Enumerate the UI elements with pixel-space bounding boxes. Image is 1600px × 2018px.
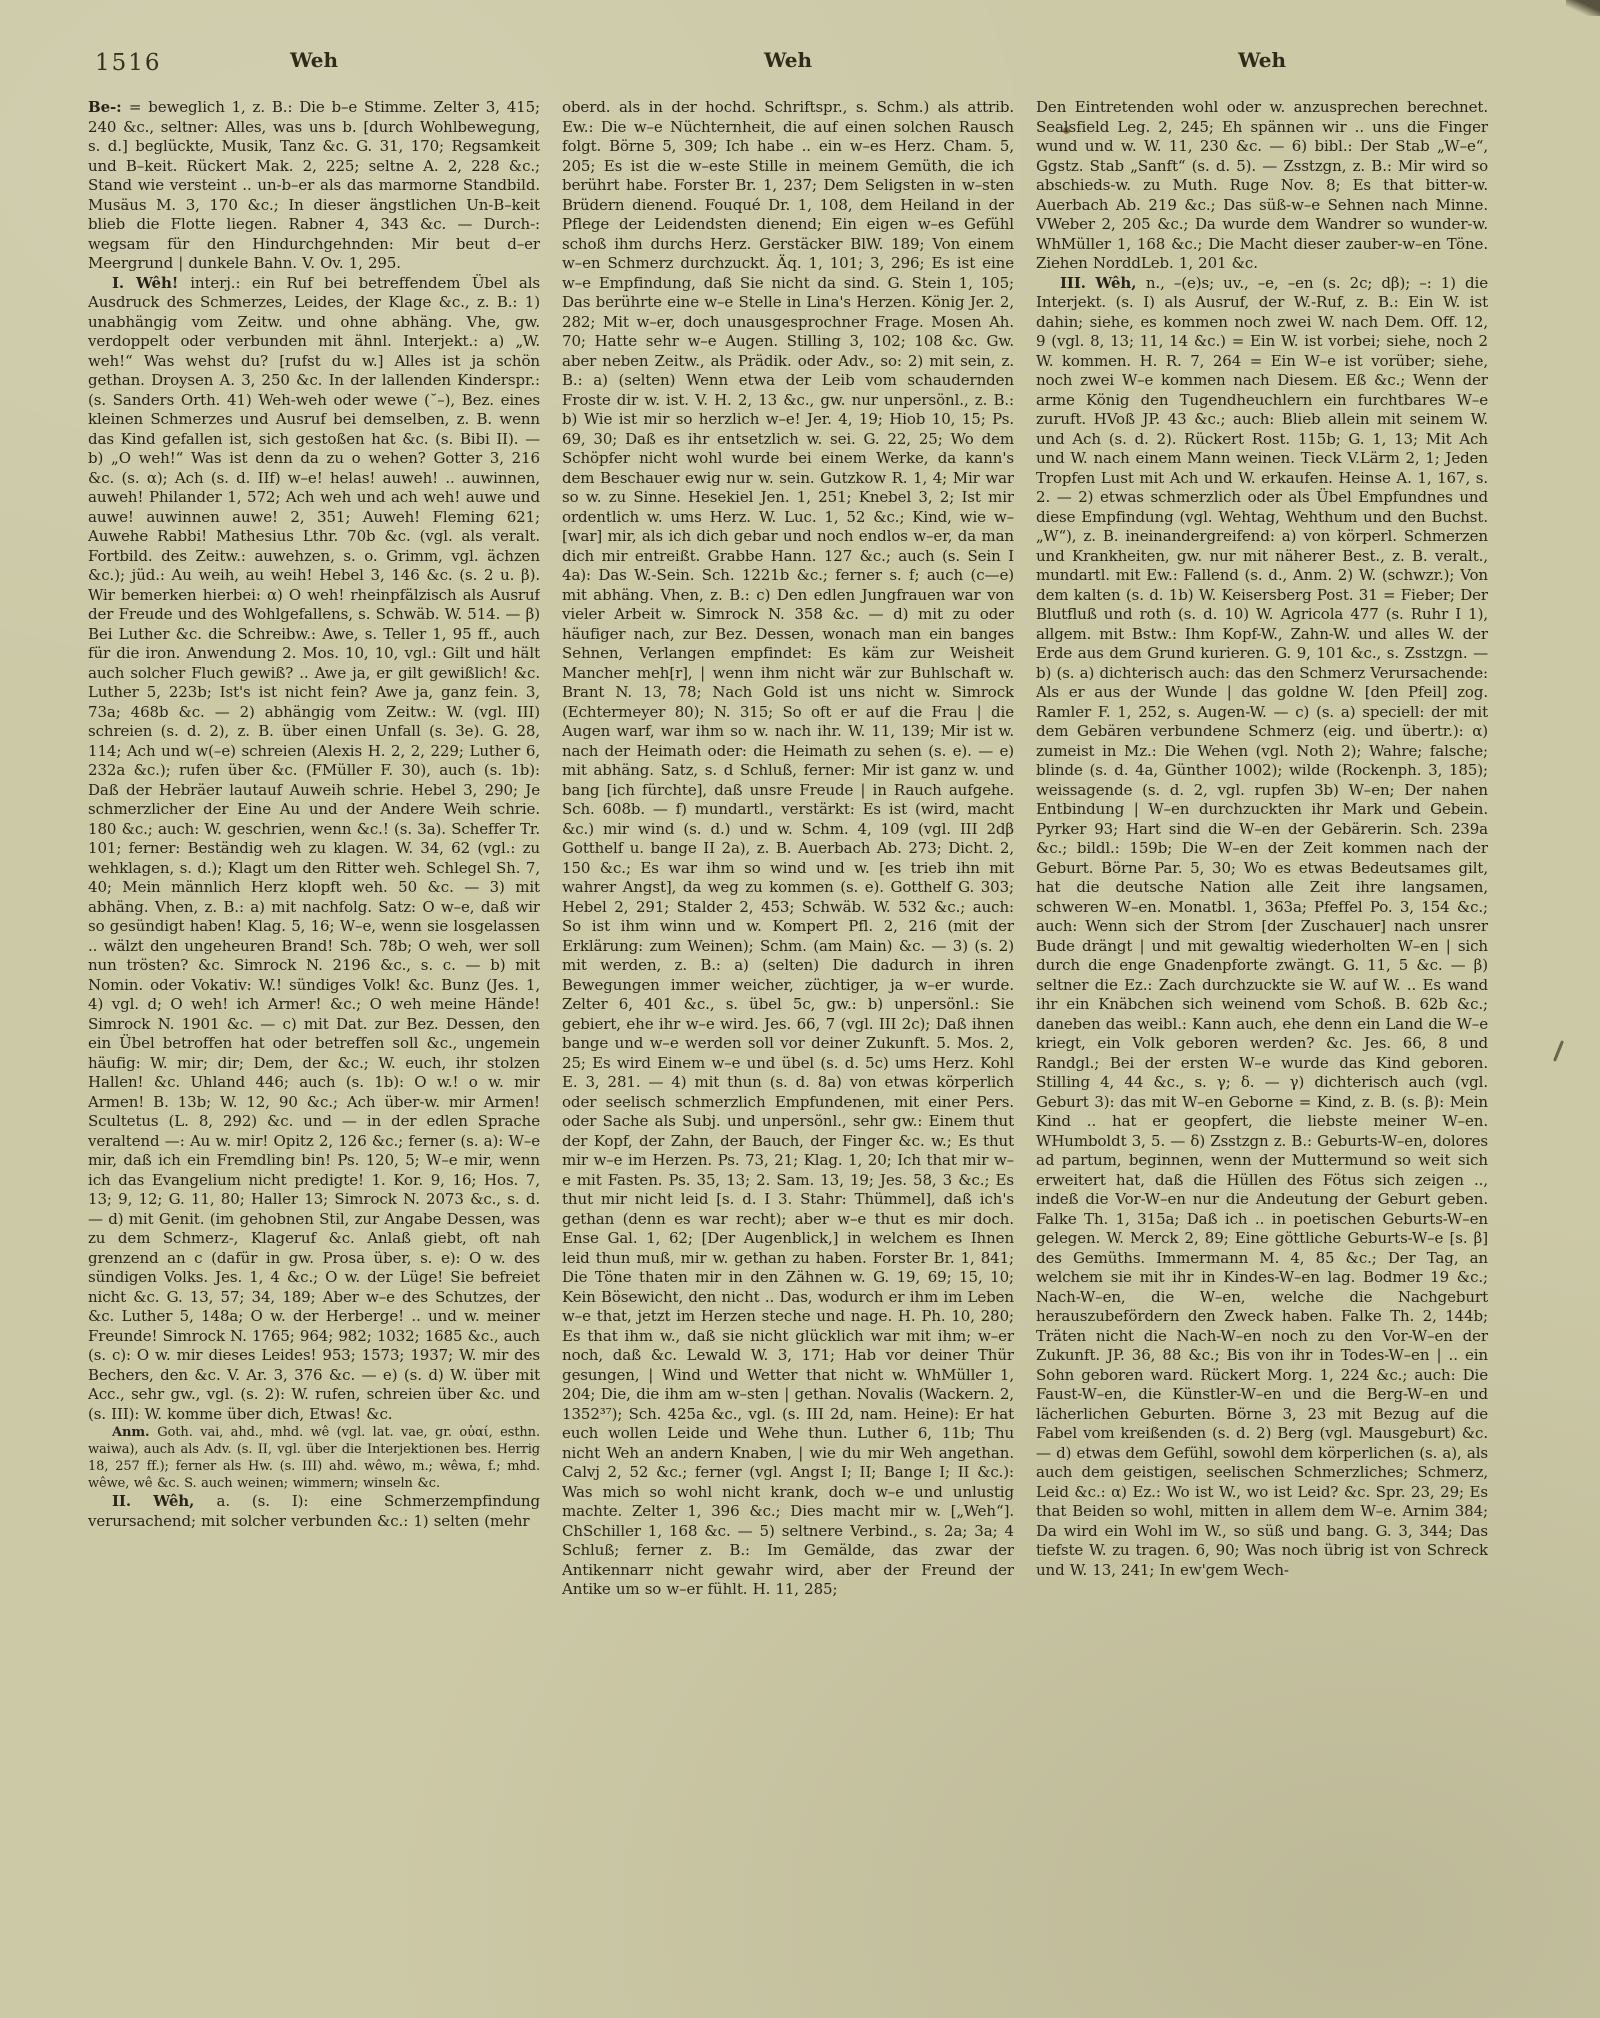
column-1: Be-: = beweglich 1, z. B.: Die b–e Stimm…	[88, 98, 540, 1898]
scan-corner-mark	[1566, 0, 1600, 16]
entry-paragraph: II. Wêh, a. (s. I): eine Schmerzempfindu…	[88, 1492, 540, 1531]
paragraph: oberd. als in der hochd. Schriftspr., s.…	[562, 98, 1014, 1600]
dictionary-page: 1516 Weh Weh Weh Be-: = beweglich 1, z. …	[0, 0, 1600, 2018]
running-head-cell: Weh	[88, 48, 540, 72]
entry-headword: II. Wêh,	[112, 1492, 217, 1510]
entry-paragraph: Be-: = beweglich 1, z. B.: Die b–e Stimm…	[88, 98, 540, 274]
entry-headword: Be-:	[88, 98, 129, 116]
running-head-cell: Weh	[562, 48, 1014, 72]
entry-headword: III. Wêh,	[1060, 274, 1146, 292]
entry-headword: Anm.	[112, 1425, 157, 1440]
entry-paragraph: I. Wêh! interj.: ein Ruf bei betreffende…	[88, 274, 540, 1425]
column-2: oberd. als in der hochd. Schriftspr., s.…	[562, 98, 1014, 1898]
running-head-2: Weh	[764, 48, 812, 72]
paragraph: Den Eintretenden wohl oder w. anzusprech…	[1036, 98, 1488, 274]
column-3: Den Eintretenden wohl oder w. anzusprech…	[1036, 98, 1488, 1898]
text-columns: Be-: = beweglich 1, z. B.: Die b–e Stimm…	[88, 98, 1488, 1898]
scan-edge-mark	[1553, 1040, 1564, 1062]
entry-paragraph: III. Wêh, n., –(e)s; uv., –e, –en (s. 2c…	[1036, 274, 1488, 1581]
running-head-cell: Weh	[1036, 48, 1488, 72]
entry-paragraph: Anm. Goth. vai, ahd., mhd. wê (vgl. lat.…	[88, 1424, 540, 1492]
running-head-1: Weh	[290, 48, 338, 72]
running-head-3: Weh	[1238, 48, 1286, 72]
entry-headword: I. Wêh!	[112, 274, 190, 292]
page-header: Weh Weh Weh	[88, 48, 1504, 72]
